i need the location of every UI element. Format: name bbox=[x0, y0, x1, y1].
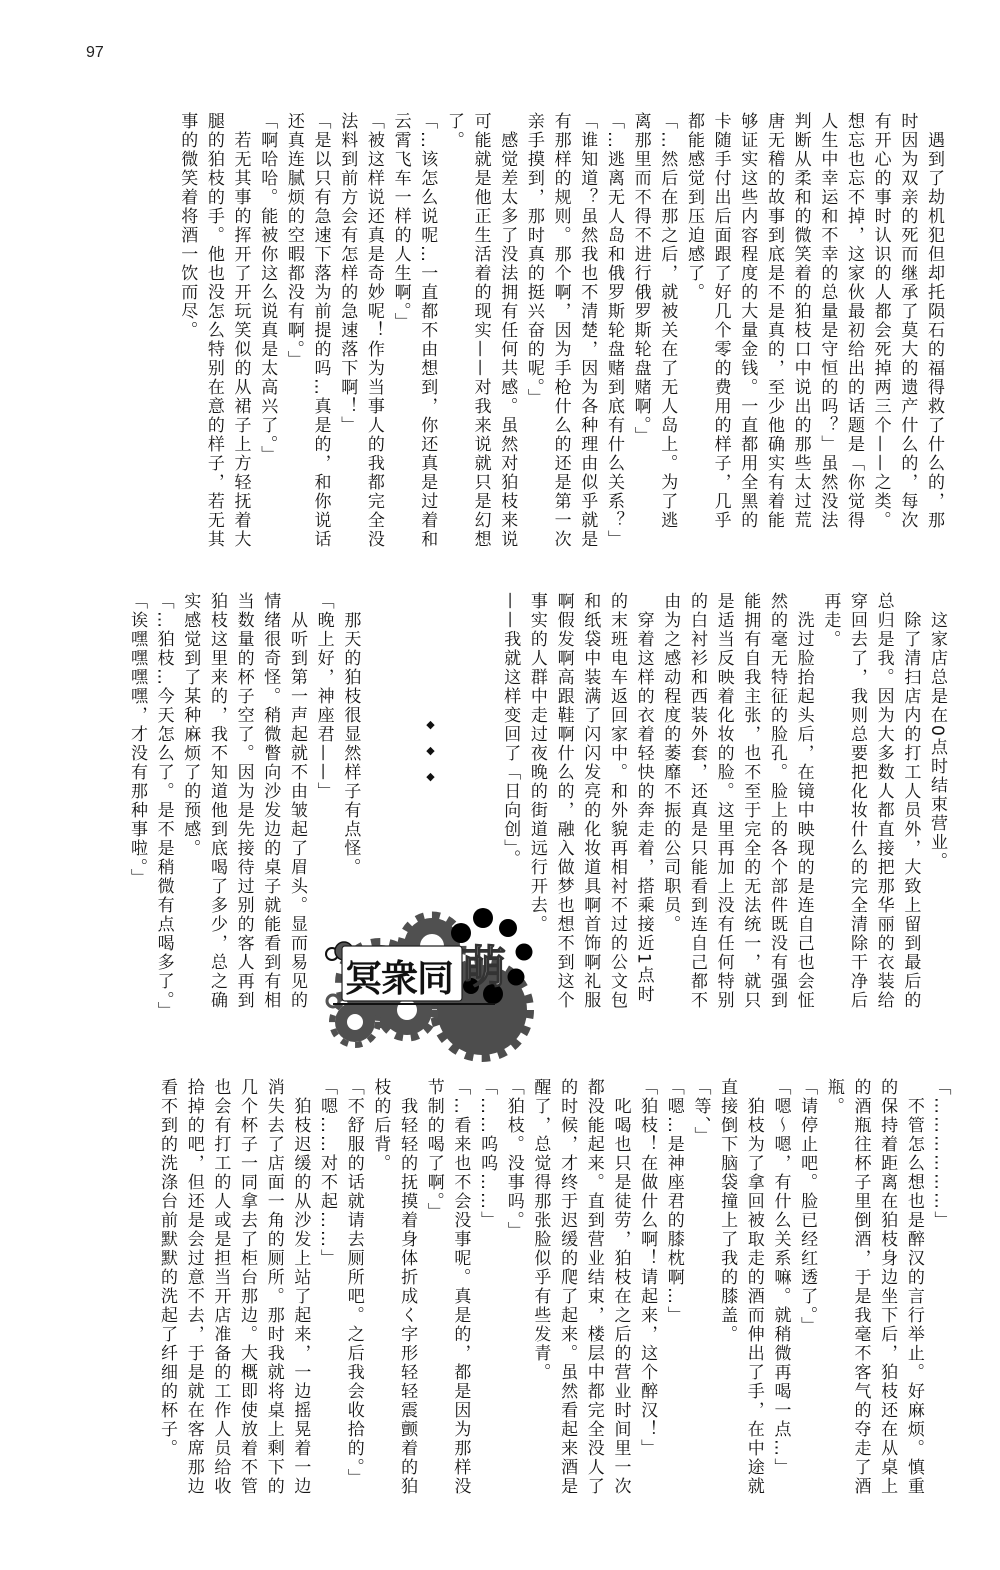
middle-text-column: 穿回去了，我则总要把化妆什么的完全清除干净后 bbox=[843, 592, 870, 1052]
bottom-text-column: 「嗯……对不起……」 bbox=[313, 1078, 340, 1538]
bottom-text-column: 叱喝也只是徒劳，狛枝在之后的营业时间里一次 bbox=[607, 1078, 634, 1538]
bottom-text-column: 的时候，才终于迟缓的爬了起来。虽然看起来酒是 bbox=[553, 1078, 580, 1538]
bottom-text-column: 「等、」 bbox=[687, 1078, 714, 1538]
middle-text-column: 狛枝这里来的，我不知道他到底喝了多少，总之确 bbox=[203, 592, 230, 1052]
middle-text-column: 穿着这样的衣着轻快的奔走着，搭乘接近1点时 bbox=[630, 592, 657, 1052]
top-text-column: 判断从柔和的微笑着的狛枝口中说出的那些太过荒 bbox=[787, 112, 814, 572]
middle-text-column: 除了清扫店内的打工人员外，大致上留到最后的 bbox=[897, 592, 924, 1052]
top-text-column: 腿的狛枝的手。他也没怎么特别在意的样子，若无其 bbox=[200, 112, 227, 572]
bottom-text-column: 几个杯子一同拿去了柜台那边。大概即使放着不管 bbox=[233, 1078, 260, 1538]
bottom-text-column: 「…看来也不会没事呢。真是的，都是因为那样没 bbox=[447, 1078, 474, 1538]
top-text-column: 可能就是他正生活着的现实——对我来说就只是幻想 bbox=[467, 112, 494, 572]
middle-text-column: 这家店总是在0点时结束营业。 bbox=[923, 592, 950, 1052]
bottom-text-column: 狛枝迟缓的从沙发上站了起来，一边摇晃着一边 bbox=[287, 1078, 314, 1538]
middle-text-column: 和纸袋中装满了闪闪发亮的化妆道具啊首饰啊礼服 bbox=[577, 592, 604, 1052]
middle-text-column: 「诶嘿嘿嘿嘿，才没有那种事啦。」 bbox=[123, 592, 150, 1052]
logo-emblem: 冥衆同 萌 bbox=[325, 888, 535, 1063]
top-text-column: 想忘也忘不掉，这家伙最初给出的话题是「你觉得 bbox=[840, 112, 867, 572]
top-text-column: 有开心的事时认识的人都会死掉两三个——之类。 bbox=[867, 112, 894, 572]
middle-text-column: 能拥有自我主张，也不至于完全的无法统一，就只 bbox=[737, 592, 764, 1052]
top-text-column: 唐无稽的故事到底是不是真的，至少他确实有着能 bbox=[760, 112, 787, 572]
middle-text-column: 的末班电车返回家中。和外貌再相衬不过的公文包 bbox=[603, 592, 630, 1052]
middle-text-column: 是适当反映着化妆的脸。这里再加上没有任何特别 bbox=[710, 592, 737, 1052]
bottom-text-column: 我轻轻的抚摸着身体折成く字形轻轻震颤着的狛 bbox=[393, 1078, 420, 1538]
top-text-column: 若无其事的挥开了开玩笑似的从裙子上方轻抚着大 bbox=[227, 112, 254, 572]
middle-text-column: 再走。 bbox=[817, 592, 844, 1052]
bottom-text-column: 「不舒服的话就请去厕所吧。之后我会收拾的。」 bbox=[340, 1078, 367, 1538]
top-text-column: 「…逃离无人岛和俄罗斯轮盘赌到底有什么关系？」 bbox=[600, 112, 627, 572]
middle-text-column: 由为之感动程度的萎靡不振的公司职员。 bbox=[657, 592, 684, 1052]
bottom-text-column: 枝的后背。 bbox=[367, 1078, 394, 1538]
top-text-column: 卡随手付出后面跟了好几个零的费用的样子，几乎 bbox=[707, 112, 734, 572]
scene-break-diamonds: ◆◆◆ bbox=[417, 718, 443, 808]
top-text-column: 事的微笑着将酒一饮而尽。 bbox=[174, 112, 201, 572]
middle-text-column: 从听到第一声起就不由皱起了眉头。显而易见的 bbox=[283, 592, 310, 1052]
middle-text-column: 总归是我。因为大多数人都直接把那华丽的衣装给 bbox=[870, 592, 897, 1052]
logo-accent-char: 萌 bbox=[462, 942, 506, 993]
bottom-text-column: 拾掉的吧，但还是会过意不去，于是就在客席那边 bbox=[180, 1078, 207, 1538]
top-text-column: 「…该怎么说呢…一直都不由想到，你还真是过着和 bbox=[414, 112, 441, 572]
top-text-column: 还真连腻烦的空暇都没有啊。」 bbox=[280, 112, 307, 572]
book-page: 97 遇到了劫机犯但却托陨石的福得救了什么的，那 时因为双亲的死而继承了莫大的遗… bbox=[0, 0, 1000, 1570]
top-text-column: 遇到了劫机犯但却托陨石的福得救了什么的，那 bbox=[920, 112, 947, 572]
middle-text-column: 洗过脸抬起头后，在镜中映现的是连自己也会怔 bbox=[790, 592, 817, 1052]
bottom-text-column: 「狛枝。没事吗。」 bbox=[500, 1078, 527, 1538]
middle-text-column: 情绪很奇怪。稍微瞥向沙发边的桌子就能看到有相 bbox=[257, 592, 284, 1052]
top-text-column: 离那里而不得不进行俄罗斯轮盘赌啊。」 bbox=[627, 112, 654, 572]
bottom-text-column: 直接倒下脑袋撞上了我的膝盖。 bbox=[713, 1078, 740, 1538]
bottom-text-column: 「请停止吧。脸已经红透了。」 bbox=[793, 1078, 820, 1538]
page-number: 97 bbox=[86, 44, 104, 62]
bottom-text-column: 节制的喝了啊。」 bbox=[420, 1078, 447, 1538]
top-text-column: 「谁知道？虽然我也不清楚，因为各种理由似乎就是 bbox=[574, 112, 601, 572]
top-text-column: 「…然后在那之后，就被关在了无人岛上。为了逃 bbox=[654, 112, 681, 572]
top-text-block: 遇到了劫机犯但却托陨石的福得救了什么的，那 时因为双亲的死而继承了莫大的遗产什么… bbox=[174, 112, 947, 572]
top-text-column: 法料到前方会有怎样的急速落下啊！」 bbox=[334, 112, 361, 572]
middle-text-column: 的白衬衫和西装外套，还真是只能看到连自己都不 bbox=[683, 592, 710, 1052]
bottom-text-column: 狛枝为了拿回被取走的酒而伸出了手，在中途就 bbox=[740, 1078, 767, 1538]
top-text-column: 「被这样说还真是奇妙呢！作为当事人的我都完全没 bbox=[360, 112, 387, 572]
bottom-text-column: 的酒瓶往杯子里倒酒，于是我毫不客气的夺走了酒 bbox=[847, 1078, 874, 1538]
top-text-column: 「是以只有急速下落为前提的吗…真是的，和你说话 bbox=[307, 112, 334, 572]
top-text-column: 都能感觉到压迫感了。 bbox=[680, 112, 707, 572]
bottom-text-column: 「……呜呜……」 bbox=[473, 1078, 500, 1538]
logo-text: 冥衆同 bbox=[345, 957, 453, 1000]
bottom-text-column: 「………………」 bbox=[927, 1078, 954, 1538]
top-text-column: 有那样的规则。那个啊，因为手枪什么的还是第一次 bbox=[547, 112, 574, 572]
top-text-column: 够证实这些内容程度的大量金钱。一直都用全黑的 bbox=[734, 112, 761, 572]
top-text-column: 亲手摸到，那时真的挺兴奋的呢。」 bbox=[520, 112, 547, 572]
bottom-text-column: 瓶。 bbox=[820, 1078, 847, 1538]
top-text-column: 时因为双亲的死而继承了莫大的遗产什么的，每次 bbox=[894, 112, 921, 572]
top-text-column: 「啊哈哈。能被你这么说真是太高兴了。」 bbox=[254, 112, 281, 572]
bottom-text-column: 醒了，总觉得那张脸似乎有些发青。 bbox=[527, 1078, 554, 1538]
bottom-text-column: 的保持着距离在狛枝身边坐下后，狛枝还在从桌上 bbox=[873, 1078, 900, 1538]
middle-text-column: 啊假发啊高跟鞋啊什么的，融入做梦也想不到这个 bbox=[550, 592, 577, 1052]
middle-text-column: 当数量的杯子空了。因为是先接待过别的客人再到 bbox=[230, 592, 257, 1052]
top-text-column: 人生中幸运和不幸的总量是守恒的吗？」虽然没法 bbox=[814, 112, 841, 572]
bottom-text-column: 消失去了店面一角的厕所。那时我就将桌上剩下的 bbox=[260, 1078, 287, 1538]
top-text-column: 了。 bbox=[440, 112, 467, 572]
top-text-column: 云霄飞车一样的人生啊。」 bbox=[387, 112, 414, 572]
bottom-text-column: 看不到的洗涤台前默默的洗起了纤细的杯子。 bbox=[153, 1078, 180, 1538]
middle-text-column: 实感觉到了某种麻烦了的预感。 bbox=[177, 592, 204, 1052]
bottom-text-block: 「………………」 不管怎么想也是醉汉的言行举止。好麻烦。慎重 的保持着距离在狛枝… bbox=[153, 1078, 953, 1538]
top-text-column: 感觉差太多了没法拥有任何共感。虽然对狛枝来说 bbox=[494, 112, 521, 572]
middle-text-column: 「…狛枝…今天怎么了。是不是稍微有点喝多了。」 bbox=[150, 592, 177, 1052]
middle-text-column: 然的毫无特征的脸孔。脸上的各个部件既没有强到 bbox=[763, 592, 790, 1052]
bottom-text-column: 也会有打工的人或是担当开店准备的工作人员给收 bbox=[207, 1078, 234, 1538]
bottom-text-column: 「狛枝！在做什么啊！请起来，这个醉汉！」 bbox=[633, 1078, 660, 1538]
bottom-text-column: 「嗯…是神座君的膝枕啊…」 bbox=[660, 1078, 687, 1538]
bottom-text-column: 不管怎么想也是醉汉的言行举止。好麻烦。慎重 bbox=[900, 1078, 927, 1538]
middle-right-text-block: 这家店总是在0点时结束营业。 除了清扫店内的打工人员外，大致上留到最后的 总归是… bbox=[497, 592, 950, 1052]
bottom-text-column: 都没能起来。直到营业结束，楼层中都完全没人了 bbox=[580, 1078, 607, 1538]
bottom-text-column: 「嗯～嗯，有什么关系嘛。就稍微再喝一点…」 bbox=[767, 1078, 794, 1538]
